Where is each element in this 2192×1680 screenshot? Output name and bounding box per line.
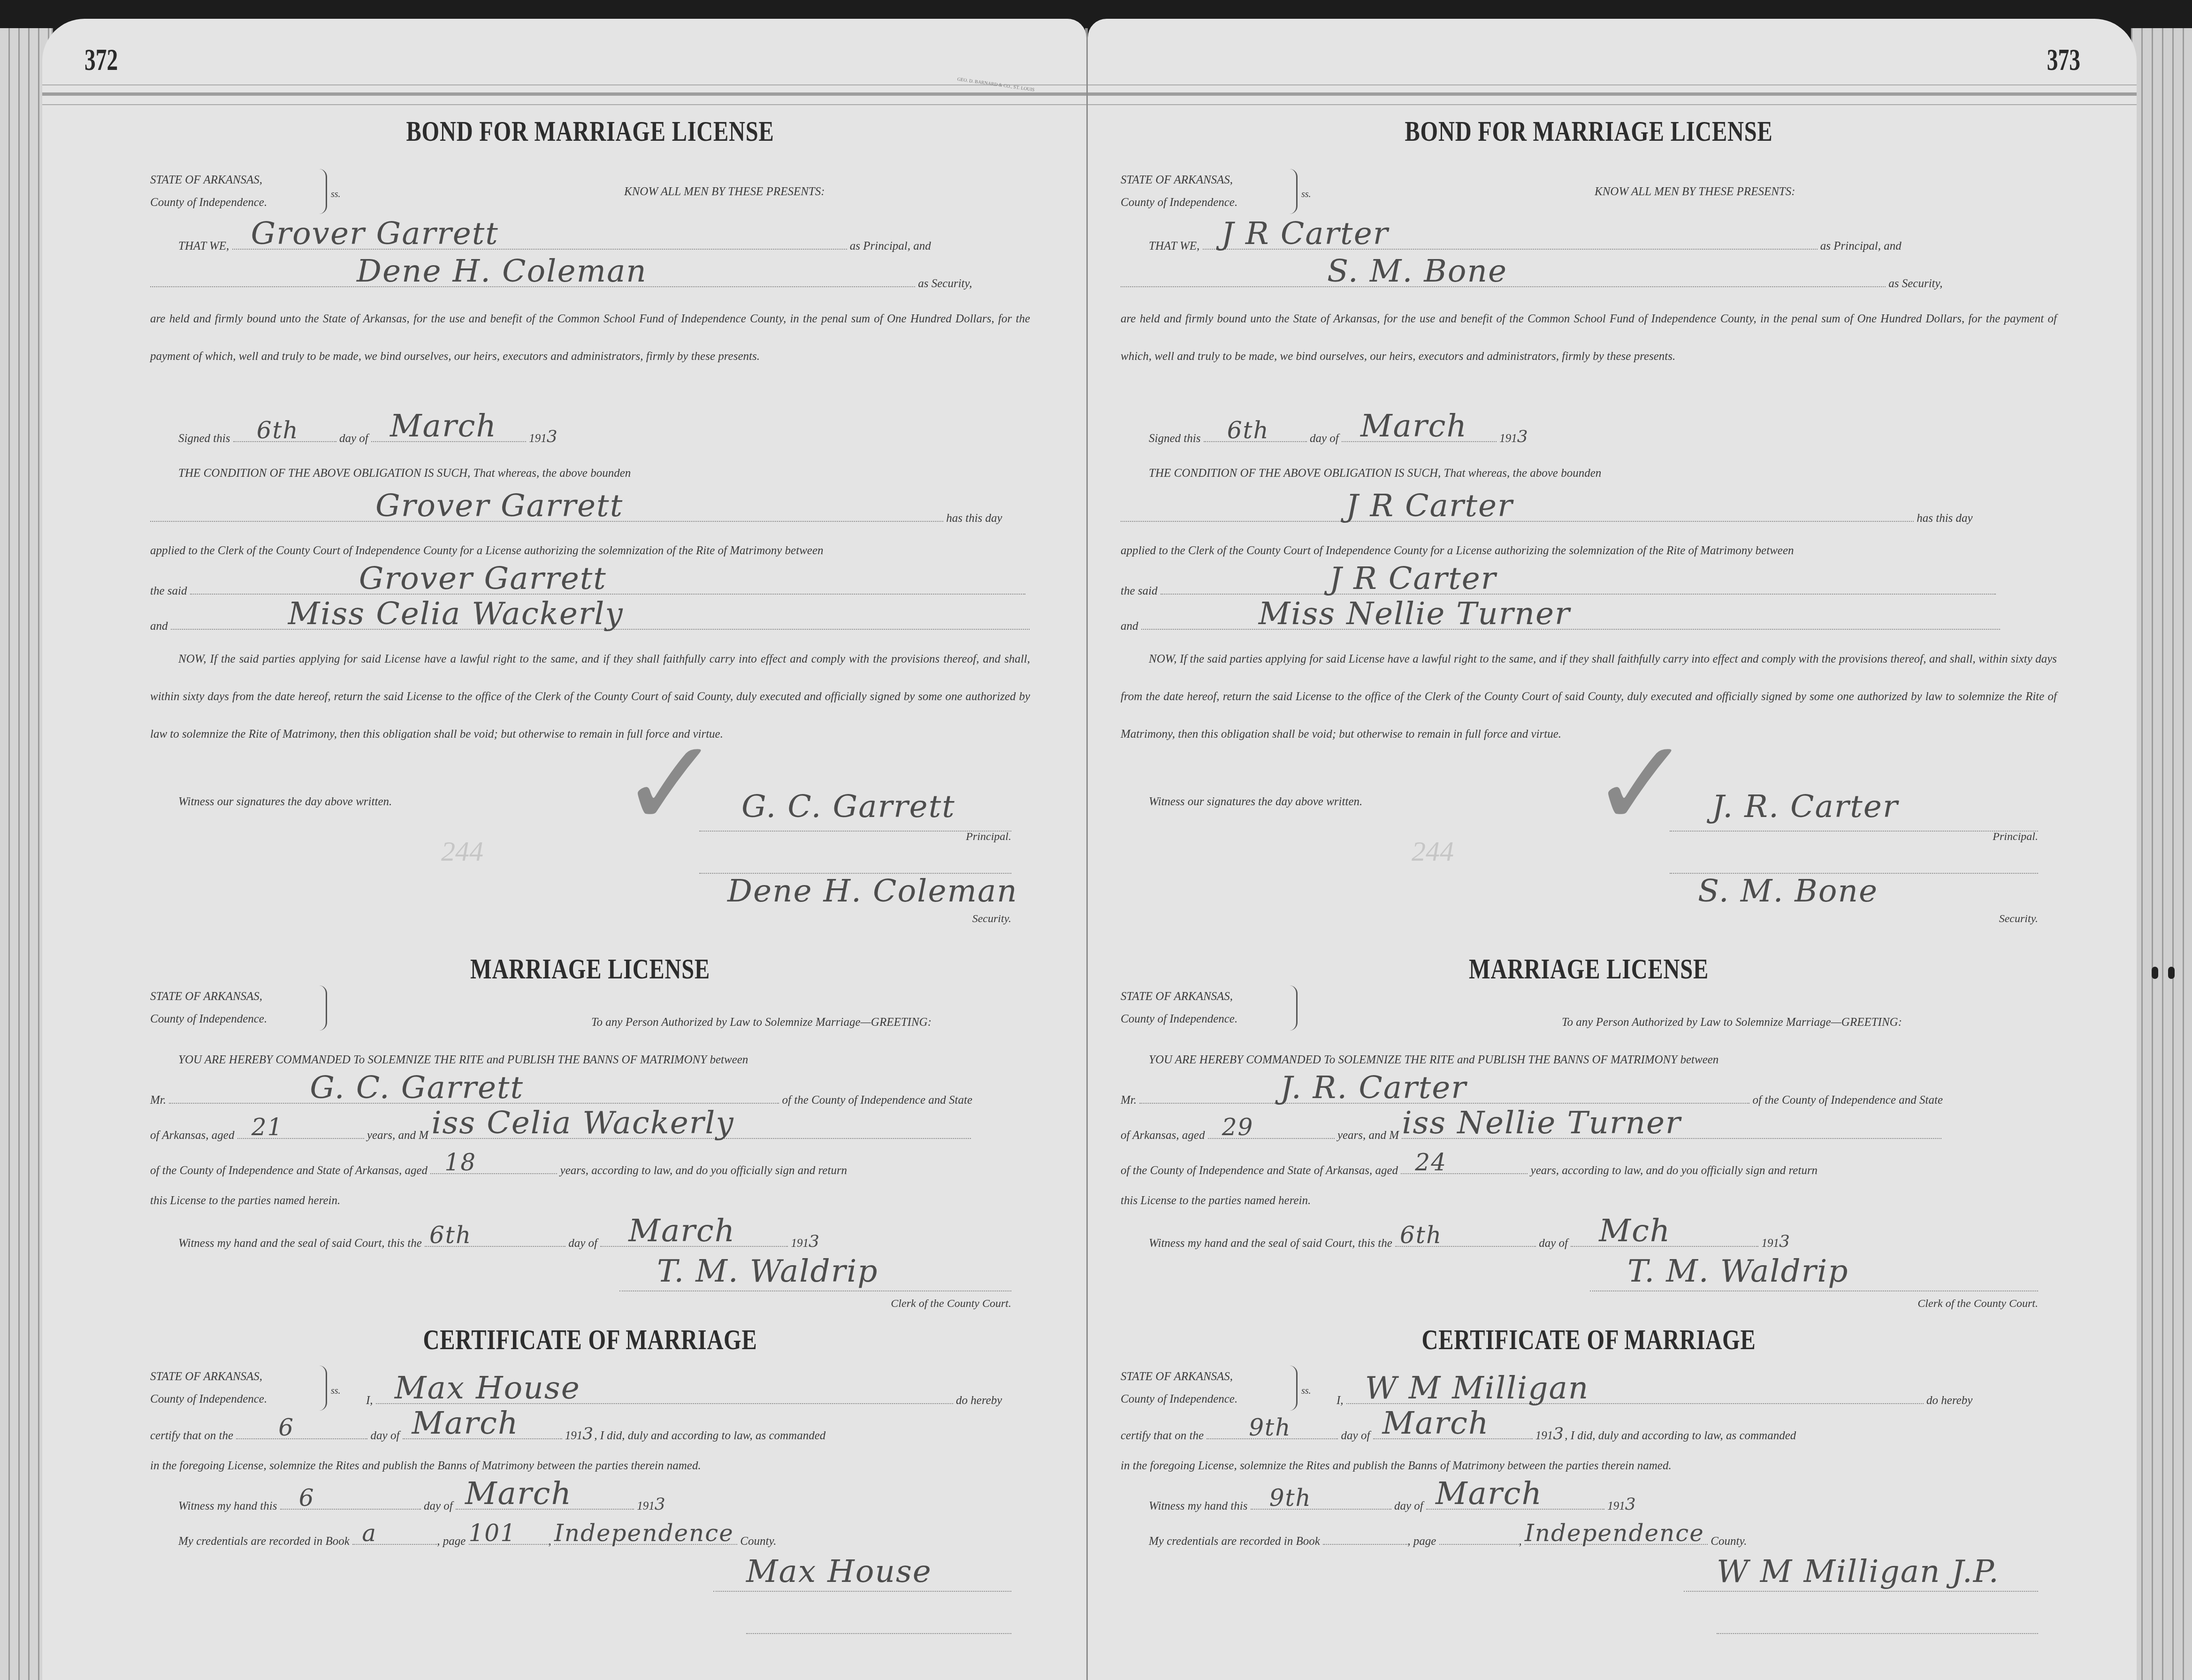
state-label: STATE OF ARKANSAS, bbox=[1121, 1366, 1318, 1388]
day-of-label: day of bbox=[1539, 1237, 1568, 1250]
page-label: , page bbox=[437, 1535, 466, 1548]
cert-day-field: 6 bbox=[236, 1424, 367, 1439]
witness-month: March bbox=[465, 1475, 572, 1512]
bride-age: 24 bbox=[1415, 1149, 1447, 1176]
witness-day-field: 9th bbox=[1251, 1495, 1391, 1510]
witness-day: 6 bbox=[299, 1484, 315, 1512]
witness-hand-label: Witness my hand this bbox=[1149, 1500, 1247, 1512]
witness-hand-line: Witness my hand this 6 day of March 1913 bbox=[178, 1495, 1030, 1514]
witness-month-field: March bbox=[1426, 1495, 1604, 1510]
county-field: Independence bbox=[1525, 1530, 1708, 1545]
signed-this-label: Signed this bbox=[1149, 432, 1200, 445]
certificate-title: CERTIFICATE OF MARRIAGE bbox=[247, 1323, 933, 1357]
bride-field: iss Celia Wackerly bbox=[431, 1124, 971, 1139]
license-month-field: March bbox=[600, 1232, 788, 1247]
credentials-line: My credentials are recorded in Book a, p… bbox=[178, 1530, 1030, 1548]
credentials-label: My credentials are recorded in Book bbox=[1149, 1535, 1320, 1548]
officiant-sign-line bbox=[713, 1591, 1011, 1592]
bond-title: BOND FOR MARRIAGE LICENSE bbox=[247, 115, 933, 148]
this-license: this License to the parties named herein… bbox=[1121, 1194, 2057, 1207]
left-page: 372 GEO. D. BARNARD & CO., ST. LOUIS BON… bbox=[42, 19, 1086, 1680]
security-label: Security. bbox=[1999, 913, 2038, 925]
groom-age-field: 21 bbox=[237, 1124, 364, 1139]
county-label: County of Independence. bbox=[150, 191, 347, 214]
page-field bbox=[1439, 1530, 1519, 1545]
of-arkansas-aged-label: of Arkansas, aged bbox=[150, 1129, 234, 1142]
mr-label: Mr. bbox=[1121, 1094, 1137, 1107]
the-said-name: J R Carter bbox=[1329, 560, 1497, 596]
foregoing-line: in the foregoing License, solemnize the … bbox=[150, 1459, 1030, 1473]
brace bbox=[319, 169, 327, 214]
condition-line: THE CONDITION OF THE ABOVE OBLIGATION IS… bbox=[1149, 467, 2057, 480]
county-value: Independence bbox=[1525, 1520, 1704, 1547]
bride-name: iss Nellie Turner bbox=[1402, 1105, 1681, 1141]
cert-day: 6 bbox=[278, 1414, 294, 1441]
state-label: STATE OF ARKANSAS, bbox=[150, 169, 347, 191]
officiant-field: Max House bbox=[376, 1389, 953, 1404]
year-prefix: 191 bbox=[529, 432, 547, 445]
now-paragraph: NOW, If the said parties applying for sa… bbox=[1121, 641, 2057, 753]
bounden-field: Grover Garrett bbox=[150, 507, 943, 522]
as-security-label: as Security, bbox=[918, 277, 972, 290]
witness-day-field: 6 bbox=[280, 1495, 421, 1510]
year-prefix: 191 bbox=[1499, 432, 1517, 445]
state-label: STATE OF ARKANSAS, bbox=[1121, 985, 1318, 1008]
county-label: County of Independence. bbox=[1121, 191, 1318, 214]
license-title: MARRIAGE LICENSE bbox=[1223, 953, 1954, 986]
bound-paragraph: are held and firmly bound unto the State… bbox=[1121, 300, 2057, 375]
margin-note: 244 bbox=[441, 835, 483, 868]
title-sign-line bbox=[1717, 1633, 2038, 1634]
bride-name: Miss Nellie Turner bbox=[1259, 596, 1571, 632]
has-this-day-label: has this day bbox=[1917, 512, 1972, 525]
groom-field: J. R. Carter bbox=[1139, 1089, 1749, 1104]
record-372: BOND FOR MARRIAGE LICENSE STATE OF ARKAN… bbox=[150, 19, 1030, 1680]
signed-this-label: Signed this bbox=[178, 432, 230, 445]
cert-month: March bbox=[412, 1405, 519, 1441]
county-label: County of Independence. bbox=[150, 1008, 347, 1031]
county-value: Independence bbox=[554, 1520, 734, 1547]
greeting: To any Person Authorized by Law to Solem… bbox=[1562, 1016, 2057, 1029]
signed-month-field: March bbox=[1342, 427, 1497, 442]
bride-name: iss Celia Wackerly bbox=[431, 1105, 734, 1141]
cert-day-field: 9th bbox=[1207, 1424, 1338, 1439]
that-we-line: THAT WE, J R Carter as Principal, and bbox=[1149, 235, 2057, 253]
officiant-field: W M Milligan bbox=[1346, 1389, 1924, 1404]
has-this-day-label: has this day bbox=[946, 512, 1002, 525]
brace bbox=[1290, 169, 1298, 214]
mr-label: Mr. bbox=[150, 1094, 166, 1107]
of-county-aged-label: of the County of Independence and State … bbox=[1121, 1164, 1398, 1177]
bounden-line: Grover Garrett has this day bbox=[150, 507, 1030, 525]
signed-day: 6th bbox=[1227, 417, 1269, 444]
license-month: March bbox=[628, 1213, 735, 1249]
that-we-label: THAT WE, bbox=[1149, 240, 1199, 252]
state-label: STATE OF ARKANSAS, bbox=[150, 985, 347, 1008]
signed-line: Signed this 6th day of March 1913 bbox=[178, 427, 1030, 446]
years-and-m-label: years, and M bbox=[367, 1129, 428, 1142]
state-label: STATE OF ARKANSAS, bbox=[150, 1366, 347, 1388]
certificate-title: CERTIFICATE OF MARRIAGE bbox=[1223, 1323, 1954, 1357]
as-principal-label: as Principal, and bbox=[850, 240, 931, 252]
license-day: 6th bbox=[1400, 1222, 1442, 1249]
signed-day-field: 6th bbox=[233, 427, 336, 442]
security-field: S. M. Bone bbox=[1121, 272, 1886, 287]
ss-label: ss. bbox=[1301, 1380, 1311, 1402]
certify-line: certify that on the 9th day of March 191… bbox=[1121, 1424, 2057, 1443]
certify-label: certify that on the bbox=[150, 1429, 233, 1442]
day-of-label: day of bbox=[424, 1500, 453, 1512]
the-said-label: the said bbox=[150, 585, 187, 597]
tab-marker bbox=[2168, 967, 2175, 979]
of-arkansas-aged-label: of Arkansas, aged bbox=[1121, 1129, 1205, 1142]
bounden-line: J R Carter has this day bbox=[1121, 507, 2057, 525]
and-line: and Miss Celia Wackerly bbox=[150, 615, 1030, 633]
bounden-field: J R Carter bbox=[1121, 507, 1914, 522]
credentials-line: My credentials are recorded in Book , pa… bbox=[1149, 1530, 2057, 1548]
bound-paragraph: are held and firmly bound unto the State… bbox=[150, 300, 1030, 375]
that-we-line: THAT WE, Grover Garrett as Principal, an… bbox=[178, 235, 1030, 253]
years-according-label: years, according to law, and do you offi… bbox=[560, 1164, 848, 1177]
license-day-field: 6th bbox=[425, 1232, 565, 1247]
years-and-m-label: years, and M bbox=[1337, 1129, 1399, 1142]
day-of-label: day of bbox=[371, 1429, 400, 1442]
principal-name: Grover Garrett bbox=[251, 215, 499, 252]
bride-age-line: of the County of Independence and State … bbox=[150, 1159, 1030, 1177]
year-prefix: 191 bbox=[637, 1500, 655, 1512]
principal-signature: G. C. Garrett bbox=[741, 788, 955, 825]
officiant-sign-line bbox=[1684, 1591, 2038, 1592]
page-label: , page bbox=[1407, 1535, 1436, 1548]
county-field: Independence bbox=[554, 1530, 737, 1545]
checkmark-icon: ✓ bbox=[1590, 713, 1692, 855]
know-all-men: KNOW ALL MEN BY THESE PRESENTS: bbox=[624, 185, 1030, 199]
ss-label: ss. bbox=[1301, 183, 1311, 206]
groom-field: G. C. Garrett bbox=[169, 1089, 779, 1104]
witness-seal-line: Witness my hand and the seal of said Cou… bbox=[178, 1232, 1030, 1251]
the-said-label: the said bbox=[1121, 585, 1157, 597]
page-value: 101 bbox=[469, 1520, 516, 1547]
now-paragraph: NOW, If the said parties applying for sa… bbox=[150, 641, 1030, 753]
clerk-label: Clerk of the County Court. bbox=[891, 1298, 1011, 1310]
security-field: Dene H. Coleman bbox=[150, 272, 915, 287]
greeting: To any Person Authorized by Law to Solem… bbox=[591, 1016, 1030, 1029]
witness-seal-label: Witness my hand and the seal of said Cou… bbox=[1149, 1237, 1392, 1250]
principal-signature: J. R. Carter bbox=[1712, 788, 1898, 825]
and-label: and bbox=[150, 620, 168, 633]
day-of-label: day of bbox=[1341, 1429, 1370, 1442]
day-of-label: day of bbox=[568, 1237, 597, 1250]
security-line: S. M. Bone as Security, bbox=[1121, 272, 2057, 290]
license-day-field: 6th bbox=[1395, 1232, 1536, 1247]
witness-year-digit: 3 bbox=[655, 1495, 666, 1514]
security-label: Security. bbox=[972, 913, 1011, 925]
book-field: a bbox=[352, 1530, 437, 1545]
cert-month-field: March bbox=[403, 1424, 562, 1439]
brace bbox=[319, 1366, 327, 1411]
i-label: I, bbox=[1337, 1394, 1344, 1407]
groom-age: 21 bbox=[252, 1114, 283, 1141]
witness-hand-line: Witness my hand this 9th day of March 19… bbox=[1149, 1495, 2057, 1514]
bride-age: 18 bbox=[444, 1149, 476, 1176]
year-prefix: 191 bbox=[1607, 1500, 1625, 1512]
year-prefix: 191 bbox=[565, 1429, 583, 1442]
brace bbox=[319, 985, 327, 1031]
witness-day: 9th bbox=[1269, 1484, 1312, 1512]
condition-line: THE CONDITION OF THE ABOVE OBLIGATION IS… bbox=[178, 467, 1030, 480]
that-we-label: THAT WE, bbox=[178, 240, 229, 252]
applied-line: applied to the Clerk of the County Court… bbox=[150, 544, 1030, 557]
clerk-sign-line bbox=[1590, 1291, 2038, 1291]
signed-month: March bbox=[390, 408, 497, 444]
clerk-signature: T. M. Waldrip bbox=[1627, 1253, 1849, 1289]
signed-month-field: March bbox=[371, 427, 526, 442]
page-number: 372 bbox=[84, 42, 118, 78]
county-suffix: County. bbox=[1711, 1535, 1747, 1548]
groom-name: G. C. Garrett bbox=[310, 1069, 524, 1106]
foregoing-line: in the foregoing License, solemnize the … bbox=[1121, 1459, 2057, 1473]
do-hereby-label: do hereby bbox=[956, 1394, 1002, 1407]
right-page: 373 BOND FOR MARRIAGE LICENSE STATE OF A… bbox=[1088, 19, 2137, 1680]
venue-block: STATE OF ARKANSAS, County of Independenc… bbox=[150, 1366, 347, 1411]
page-field: 101 bbox=[469, 1530, 549, 1545]
groom-age-field: 29 bbox=[1208, 1124, 1335, 1139]
bride-name: Miss Celia Wackerly bbox=[288, 596, 624, 632]
ages-line: of Arkansas, aged 21 years, and M iss Ce… bbox=[150, 1124, 1030, 1142]
security-signature: S. M. Bone bbox=[1698, 873, 1878, 909]
security-line: Dene H. Coleman as Security, bbox=[150, 272, 1030, 290]
cert-month: March bbox=[1382, 1405, 1489, 1441]
book-field bbox=[1323, 1530, 1407, 1545]
cert-year-digit: 3 bbox=[1553, 1424, 1565, 1443]
witness-month: March bbox=[1436, 1475, 1543, 1512]
of-county-aged-label: of the County of Independence and State … bbox=[150, 1164, 428, 1177]
principal-field: J R Carter bbox=[1203, 235, 1818, 250]
witness-seal-line: Witness my hand and the seal of said Cou… bbox=[1149, 1232, 2057, 1251]
of-county-state-label: of the County of Independence and State bbox=[782, 1094, 972, 1107]
clerk-sign-line bbox=[619, 1291, 1011, 1291]
witness-seal-label: Witness my hand and the seal of said Cou… bbox=[178, 1237, 422, 1250]
record-373: BOND FOR MARRIAGE LICENSE STATE OF ARKAN… bbox=[1121, 19, 2057, 1680]
county-label: County of Independence. bbox=[1121, 1008, 1318, 1031]
ss-label: ss. bbox=[331, 183, 341, 206]
years-according-label: years, according to law, and do you offi… bbox=[1531, 1164, 1818, 1177]
day-of-label: day of bbox=[1310, 432, 1339, 445]
principal-name: J R Carter bbox=[1222, 215, 1389, 252]
bond-title: BOND FOR MARRIAGE LICENSE bbox=[1223, 115, 1954, 148]
license-month-field: Mch bbox=[1571, 1232, 1758, 1247]
venue-block: STATE OF ARKANSAS, County of Independenc… bbox=[1121, 985, 1318, 1031]
checkmark-icon: ✓ bbox=[619, 713, 722, 855]
title-sign-line bbox=[746, 1633, 1011, 1634]
ages-line: of Arkansas, aged 29 years, and M iss Ne… bbox=[1121, 1124, 2057, 1142]
bride-age-line: of the County of Independence and State … bbox=[1121, 1159, 2057, 1177]
clerk-label: Clerk of the County Court. bbox=[1917, 1298, 2038, 1310]
day-of-label: day of bbox=[339, 432, 368, 445]
signed-day-field: 6th bbox=[1204, 427, 1307, 442]
license-month: Mch bbox=[1599, 1213, 1671, 1249]
bounden-name: Grover Garrett bbox=[375, 488, 623, 524]
signed-day: 6th bbox=[257, 417, 299, 444]
year-prefix: 191 bbox=[1762, 1237, 1780, 1250]
bride-field: iss Nellie Turner bbox=[1402, 1124, 1941, 1139]
clerk-signature: T. M. Waldrip bbox=[657, 1253, 878, 1289]
venue-block: STATE OF ARKANSAS, County of Independenc… bbox=[1121, 169, 1318, 214]
license-year-digit: 3 bbox=[809, 1232, 820, 1251]
commanded-line: YOU ARE HEREBY COMMANDED To SOLEMNIZE TH… bbox=[178, 1054, 1030, 1067]
applied-line: applied to the Clerk of the County Court… bbox=[1121, 544, 2057, 557]
license-day: 6th bbox=[429, 1222, 472, 1249]
witness-month-field: March bbox=[456, 1495, 634, 1510]
commanded-line: YOU ARE HEREBY COMMANDED To SOLEMNIZE TH… bbox=[1149, 1054, 2057, 1067]
certify-label: certify that on the bbox=[1121, 1429, 1204, 1442]
the-said-field: J R Carter bbox=[1161, 580, 1996, 595]
officiant-signature: Max House bbox=[746, 1553, 932, 1589]
officiant-name: Max House bbox=[395, 1370, 580, 1406]
bride-field: Miss Celia Wackerly bbox=[171, 615, 1030, 630]
groom-age: 29 bbox=[1222, 1114, 1254, 1141]
bride-field: Miss Nellie Turner bbox=[1141, 615, 2000, 630]
year-prefix: 191 bbox=[1535, 1429, 1553, 1442]
page-stack-right bbox=[2131, 28, 2192, 1680]
signed-year-digit: 3 bbox=[547, 427, 558, 446]
principal-sign-line bbox=[699, 831, 1011, 832]
certify-line: certify that on the 6 day of March 1913,… bbox=[150, 1424, 1030, 1443]
county-label: County of Independence. bbox=[150, 1388, 347, 1411]
signed-year-digit: 3 bbox=[1517, 427, 1529, 446]
day-of-label: day of bbox=[1394, 1500, 1423, 1512]
and-label: and bbox=[1121, 620, 1138, 633]
year-prefix: 191 bbox=[791, 1237, 809, 1250]
this-license: this License to the parties named herein… bbox=[150, 1194, 1030, 1207]
of-county-state-label: of the County of Independence and State bbox=[1753, 1094, 1943, 1107]
security-signature: Dene H. Coleman bbox=[727, 873, 1018, 909]
officiant-signature: W M Milligan J.P. bbox=[1717, 1553, 2000, 1589]
venue-block: STATE OF ARKANSAS, County of Independenc… bbox=[150, 169, 347, 214]
the-said-name: Grover Garrett bbox=[359, 560, 607, 596]
venue-block: STATE OF ARKANSAS, County of Independenc… bbox=[150, 985, 347, 1031]
witness-year-digit: 3 bbox=[1625, 1495, 1637, 1514]
license-title: MARRIAGE LICENSE bbox=[247, 953, 933, 986]
i-label: I, bbox=[366, 1394, 373, 1407]
cert-month-field: March bbox=[1373, 1424, 1533, 1439]
bride-age-field: 24 bbox=[1401, 1159, 1528, 1174]
witness-hand-label: Witness my hand this bbox=[178, 1500, 277, 1512]
signed-month: March bbox=[1360, 408, 1467, 444]
signed-line: Signed this 6th day of March 1913 bbox=[1149, 427, 2057, 446]
did-duly-label: , I did, duly and according to law, as c… bbox=[594, 1429, 825, 1442]
groom-name: J. R. Carter bbox=[1280, 1069, 1466, 1106]
margin-note: 244 bbox=[1412, 835, 1454, 868]
venue-block: STATE OF ARKANSAS, County of Independenc… bbox=[1121, 1366, 1318, 1411]
principal-label: Principal. bbox=[966, 831, 1011, 843]
bounden-name: J R Carter bbox=[1346, 488, 1513, 524]
and-line: and Miss Nellie Turner bbox=[1121, 615, 2057, 633]
state-label: STATE OF ARKANSAS, bbox=[1121, 169, 1318, 191]
do-hereby-label: do hereby bbox=[1926, 1394, 1972, 1407]
tab-marker bbox=[2152, 967, 2158, 979]
know-all-men: KNOW ALL MEN BY THESE PRESENTS: bbox=[1595, 185, 2057, 199]
bride-age-field: 18 bbox=[430, 1159, 557, 1174]
book-value: a bbox=[362, 1520, 377, 1547]
did-duly-label: , I did, duly and according to law, as c… bbox=[1565, 1429, 1796, 1442]
principal-label: Principal. bbox=[1993, 831, 2038, 843]
security-name: S. M. Bone bbox=[1327, 253, 1507, 289]
principal-sign-line bbox=[1670, 831, 2038, 832]
brace bbox=[1290, 1366, 1298, 1411]
officiant-name: W M Milligan bbox=[1365, 1370, 1589, 1406]
as-principal-label: as Principal, and bbox=[1820, 240, 1902, 252]
as-security-label: as Security, bbox=[1888, 277, 1942, 290]
cert-day: 9th bbox=[1249, 1414, 1291, 1441]
brace bbox=[1290, 985, 1298, 1031]
license-year-digit: 3 bbox=[1779, 1232, 1791, 1251]
county-suffix: County. bbox=[740, 1535, 776, 1548]
ss-label: ss. bbox=[331, 1380, 341, 1402]
principal-field: Grover Garrett bbox=[232, 235, 847, 250]
credentials-label: My credentials are recorded in Book bbox=[178, 1535, 350, 1548]
the-said-field: Grover Garrett bbox=[190, 580, 1025, 595]
cert-year-digit: 3 bbox=[582, 1424, 594, 1443]
security-name: Dene H. Coleman bbox=[357, 253, 647, 289]
county-label: County of Independence. bbox=[1121, 1388, 1318, 1411]
